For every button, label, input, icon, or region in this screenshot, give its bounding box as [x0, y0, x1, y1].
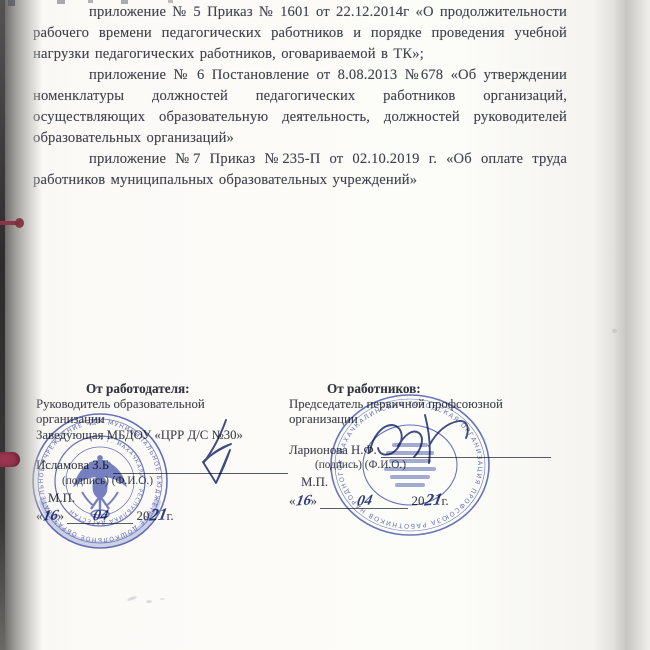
binding-stitch-top [0, 221, 19, 225]
binding-stitch-bottom [0, 452, 20, 467]
cutoff-line-fragment [8, 0, 15, 6]
scan-smudge [146, 600, 152, 603]
union-signature-stroke [370, 425, 402, 455]
cutoff-line-fragment [88, 0, 93, 3]
handwritten-signatures [0, 0, 650, 650]
cutoff-line-fragment [168, 0, 173, 3]
scan-smudge [160, 598, 165, 600]
cutoff-line-fragment [121, 0, 128, 4]
book-binding-shadow [0, 0, 42, 650]
employer-signature-stroke [203, 420, 231, 483]
cutoff-line-fragment [57, 0, 65, 4]
scan-smudge [612, 329, 617, 333]
binding-dark-edge [0, 0, 5, 650]
scanned-document-page: приложение № 5 Приказ № 1601 от 22.12.20… [0, 0, 650, 650]
page-right-edge [594, 0, 650, 650]
